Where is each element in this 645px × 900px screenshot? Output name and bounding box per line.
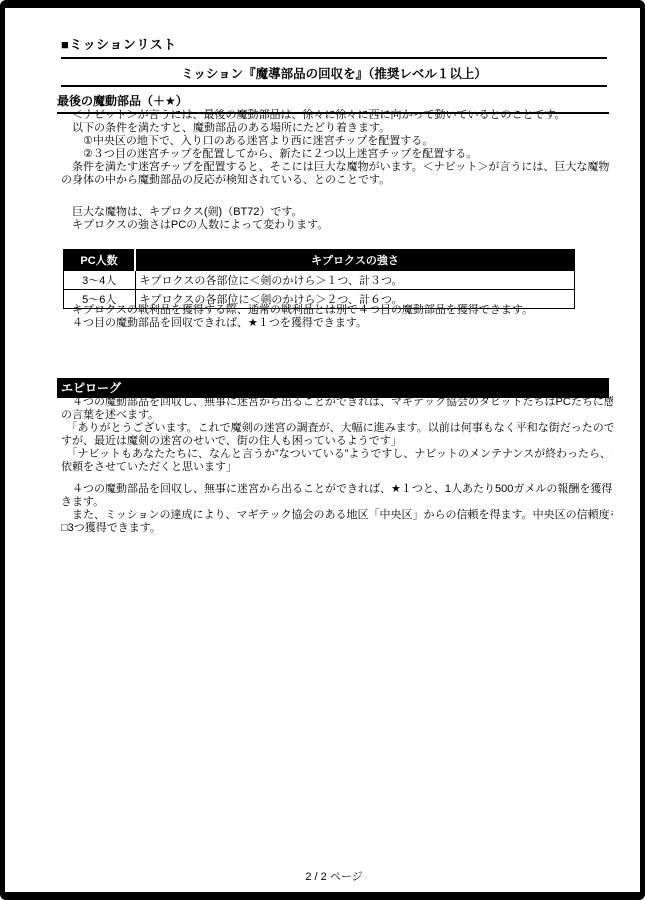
horizontal-rule-top	[61, 57, 607, 59]
table-cell-pc-count: 3～4人	[64, 271, 136, 290]
table-row: 3～4人 キプロクスの各部位に＜剣のかけら＞１つ、計３つ。	[64, 271, 575, 290]
page-number-footer: 2 / 2 ページ	[61, 868, 607, 884]
loot-note-paragraph: キプロクスの戦利品を獲得する際、通常の戦利品とは別で４つ目の魔動部品を獲得できま…	[61, 304, 613, 330]
mission-title: ミッション『魔導部品の回収を』（推奨レベル１以上）	[61, 64, 607, 82]
document-header-title: ■ミッションリスト	[61, 34, 177, 53]
epilogue-section-heading: エピローグ	[57, 378, 609, 398]
section-heading-text: 最後の魔動部品（＋★）	[57, 94, 188, 108]
table-header-pc-count: PC人数	[64, 250, 136, 271]
final-part-intro-paragraph: ＜ナビット＞が言うには、最後の魔動部品は、徐々に徐々に西に向かって動いているとの…	[61, 109, 613, 187]
monster-info-paragraph: 巨大な魔物は、キプロクス(剣)（BT72）です。 キプロクスの強さはPCの人数に…	[61, 206, 613, 232]
epilogue-paragraph-1: ４つの魔動部品を回収し、無事に迷宮から出ることができれば、マギテック協会のタビッ…	[61, 396, 613, 474]
kiprocs-strength-table: PC人数 キプロクスの強さ 3～4人 キプロクスの各部位に＜剣のかけら＞１つ、計…	[63, 249, 575, 309]
document-page: ■ミッションリスト ミッション『魔導部品の回収を』（推奨レベル１以上） 最後の魔…	[0, 0, 645, 900]
table-cell-strength: キプロクスの各部位に＜剣のかけら＞１つ、計３つ。	[135, 271, 575, 290]
table-header-strength: キプロクスの強さ	[135, 250, 575, 271]
table-header-row: PC人数 キプロクスの強さ	[64, 250, 575, 271]
horizontal-rule-under-title	[61, 85, 607, 87]
epilogue-paragraph-2: ４つの魔動部品を回収し、無事に迷宮から出ることができれば、★１つと、1人あたり5…	[61, 483, 613, 535]
